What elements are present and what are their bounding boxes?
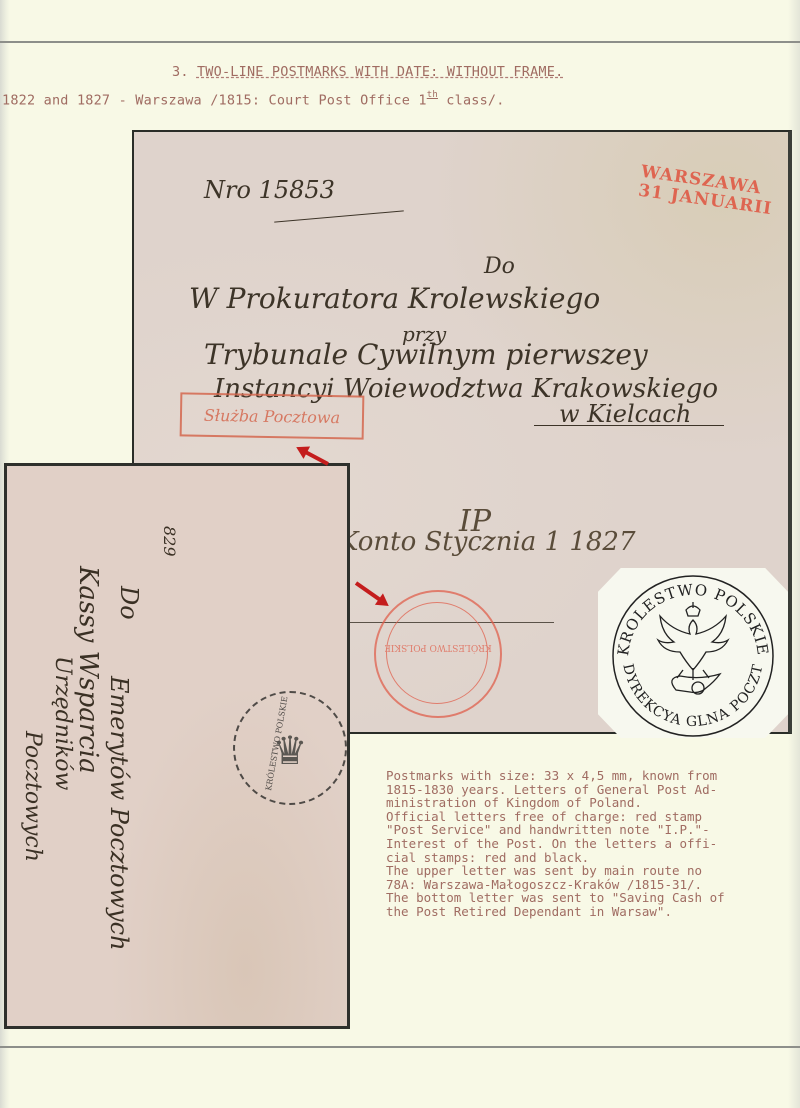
address-line: Pocztowych — [20, 731, 45, 862]
top-rule — [0, 41, 800, 43]
post-service-stamp: Służba Pocztowa — [180, 392, 365, 439]
stamp-inner-ring — [386, 602, 488, 704]
svg-text:KROLESTWO POLSKIE: KROLESTWO POLSKIE — [614, 581, 772, 657]
heading-number: 3. — [172, 64, 189, 80]
red-stamp-text: KRÓLESTWO POLSKIE — [376, 642, 500, 652]
warszawa-postmark: WARSZAWA 31 JANUARII — [637, 163, 776, 219]
page-subheading: 1822 and 1827 - Warszawa /1815: Court Po… — [2, 92, 505, 109]
description-line: cial stamps: red and black. — [386, 851, 725, 865]
address-line: Trybunale Cywilnym pierwszey — [204, 338, 648, 371]
description-line: ministration of Kingdom of Poland. — [386, 796, 725, 810]
address-line: Emerytów Pocztowych — [105, 676, 133, 951]
red-round-stamp: KRÓLESTWO POLSKIE — [374, 590, 502, 718]
description-line: Official letters free of charge: red sta… — [386, 810, 725, 824]
subheading-suffix: class/. — [438, 93, 505, 109]
subheading-superscript: th — [427, 90, 438, 100]
description-line: The upper letter was sent by main route … — [386, 864, 725, 878]
date-note: Konto Stycznia 1 1827 — [339, 527, 636, 557]
address-line: w Kielcach — [559, 400, 691, 428]
description-line: 78A: Warszawa-Małogoszcz-Kraków /1815-31… — [386, 878, 725, 892]
address-line: Do — [115, 586, 143, 620]
description-text: Postmarks with size: 33 x 4,5 mm, known … — [386, 769, 725, 919]
address-underline — [534, 425, 724, 426]
subheading-prefix: 1822 and 1827 - Warszawa /1815: Court Po… — [2, 93, 427, 109]
lower-letter-cover: 829 Kassy Wsparcia Do Emerytów Pocztowyc… — [4, 463, 350, 1029]
bottom-rule — [0, 1046, 800, 1048]
address-line: Do — [484, 254, 515, 279]
address-line: Kassy Wsparcia — [73, 566, 103, 774]
description-line: "Post Service" and handwritten note "I.P… — [386, 823, 725, 837]
seal-illustration: KROLESTWO POLSKIE DYREKCYA GLNA POCZT — [598, 568, 788, 738]
seal-emblem-icon: KROLESTWO POLSKIE DYREKCYA GLNA POCZT — [598, 568, 788, 738]
reference-number: Nro 15853 — [204, 176, 335, 204]
reference-underline — [274, 210, 404, 222]
black-round-stamp: ♛ KRÓLESTWO POLSKIE — [233, 691, 347, 805]
description-line: Postmarks with size: 33 x 4,5 mm, known … — [386, 769, 725, 783]
description-line: the Post Retired Dependant in Warsaw". — [386, 905, 725, 919]
heading-title: TWO-LINE POSTMARKS WITH DATE: WITHOUT FR… — [197, 64, 563, 80]
letter-number: 829 — [160, 526, 179, 557]
description-line: Interest of the Post. On the letters a o… — [386, 837, 725, 851]
description-line: The bottom letter was sent to "Saving Ca… — [386, 891, 725, 905]
page-heading: 3. TWO-LINE POSTMARKS WITH DATE: WITHOUT… — [172, 64, 563, 80]
address-line: Urzędników — [50, 656, 75, 790]
address-line: W Prokuratora Krolewskiego — [189, 282, 600, 315]
description-line: 1815-1830 years. Letters of General Post… — [386, 783, 725, 797]
